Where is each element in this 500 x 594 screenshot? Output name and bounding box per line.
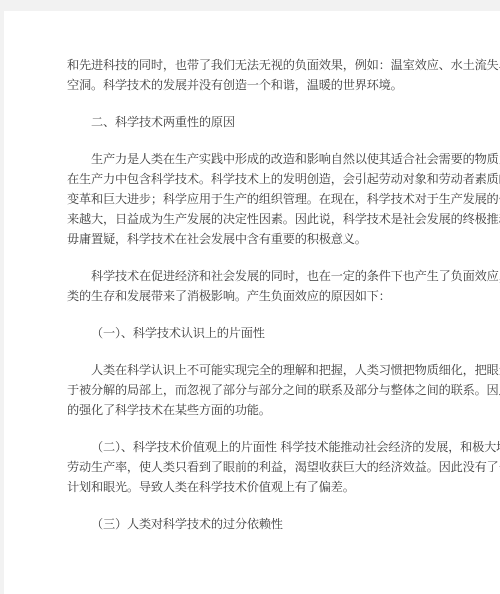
text-line: 的强化了科学技术在某些方面的功能。 [67,400,443,420]
text-line: 劳动生产率，使人类只看到了眼前的利益，渴望收获巨大的经济效益。因此没有了长远的 [67,457,443,477]
text-line: 变革和巨大进步；科学应用于生产的组织管理。在现在，科学技术对于生产发展的作用越 [67,189,443,209]
document-body: 和先进科技的同时，也带了我们无法无视的负面效果，例如：温室效应、水土流失、臭氧 … [67,55,443,551]
text-line: 空洞。科学技术的发展并没有创造一个和谐，温暖的世界环境。 [67,75,443,95]
heading-text: 二、科学技术两重性的原因 [67,112,443,132]
paragraph-values: （二）、科学技术价值观上的片面性 科学技术能推动社会经济的发展，和极大地提高 劳… [67,437,443,497]
text-line: （二）、科学技术价值观上的片面性 科学技术能推动社会经济的发展，和极大地提高 [67,437,443,457]
text-line: 和先进科技的同时，也带了我们无法无视的负面效果，例如：温室效应、水土流失、臭氧 [67,55,443,75]
text-line: 计划和眼光。导致人类在科学技术价值观上有了偏差。 [67,477,443,497]
subsection-heading-3: （三）人类对科学技术的过分依赖性 [67,514,443,534]
paragraph-cognition: 人类在科学认识上不可能实现完全的理解和把握，人类习惯把物质细化，把眼光集中 于被… [67,360,443,420]
text-line: 在生产力中包含科学技术。科学技术上的发明创造，会引起劳动对象和劳动者素质的深刻 [67,169,443,189]
text-line: 类的生存和发展带来了消极影响。产生负面效应的原因如下： [67,286,443,306]
text-line: 于被分解的局部上，而忽视了部分与部分之间的联系及部分与整体之间的联系。因此片面 [67,380,443,400]
paragraph-productivity: 生产力是人类在生产实践中形成的改造和影响自然以使其适合社会需要的物质力量。 在生… [67,149,443,249]
section-heading-2: 二、科学技术两重性的原因 [67,112,443,132]
text-line: 来越大，日益成为生产发展的决定性因素。因此说，科学技术是社会发展的终极推动力量。 [67,209,443,229]
text-line: 人类在科学认识上不可能实现完全的理解和把握，人类习惯把物质细化，把眼光集中 [67,360,443,380]
heading-text: （三）人类对科学技术的过分依赖性 [67,514,443,534]
text-line: 科学技术在促进经济和社会发展的同时，也在一定的条件下也产生了负面效应，给人 [67,266,443,286]
text-line: 生产力是人类在生产实践中形成的改造和影响自然以使其适合社会需要的物质力量。 [67,149,443,169]
document-page: 和先进科技的同时，也带了我们无法无视的负面效果，例如：温室效应、水土流失、臭氧 … [4,11,500,594]
paragraph-negative-effects: 科学技术在促进经济和社会发展的同时，也在一定的条件下也产生了负面效应，给人 类的… [67,266,443,306]
text-line: 毋庸置疑，科学技术在社会发展中含有重要的积极意义。 [67,229,443,249]
heading-text: （一）、科学技术认识上的片面性 [67,323,443,343]
paragraph-intro-continuation: 和先进科技的同时，也带了我们无法无视的负面效果，例如：温室效应、水土流失、臭氧 … [67,55,443,95]
subsection-heading-1: （一）、科学技术认识上的片面性 [67,323,443,343]
